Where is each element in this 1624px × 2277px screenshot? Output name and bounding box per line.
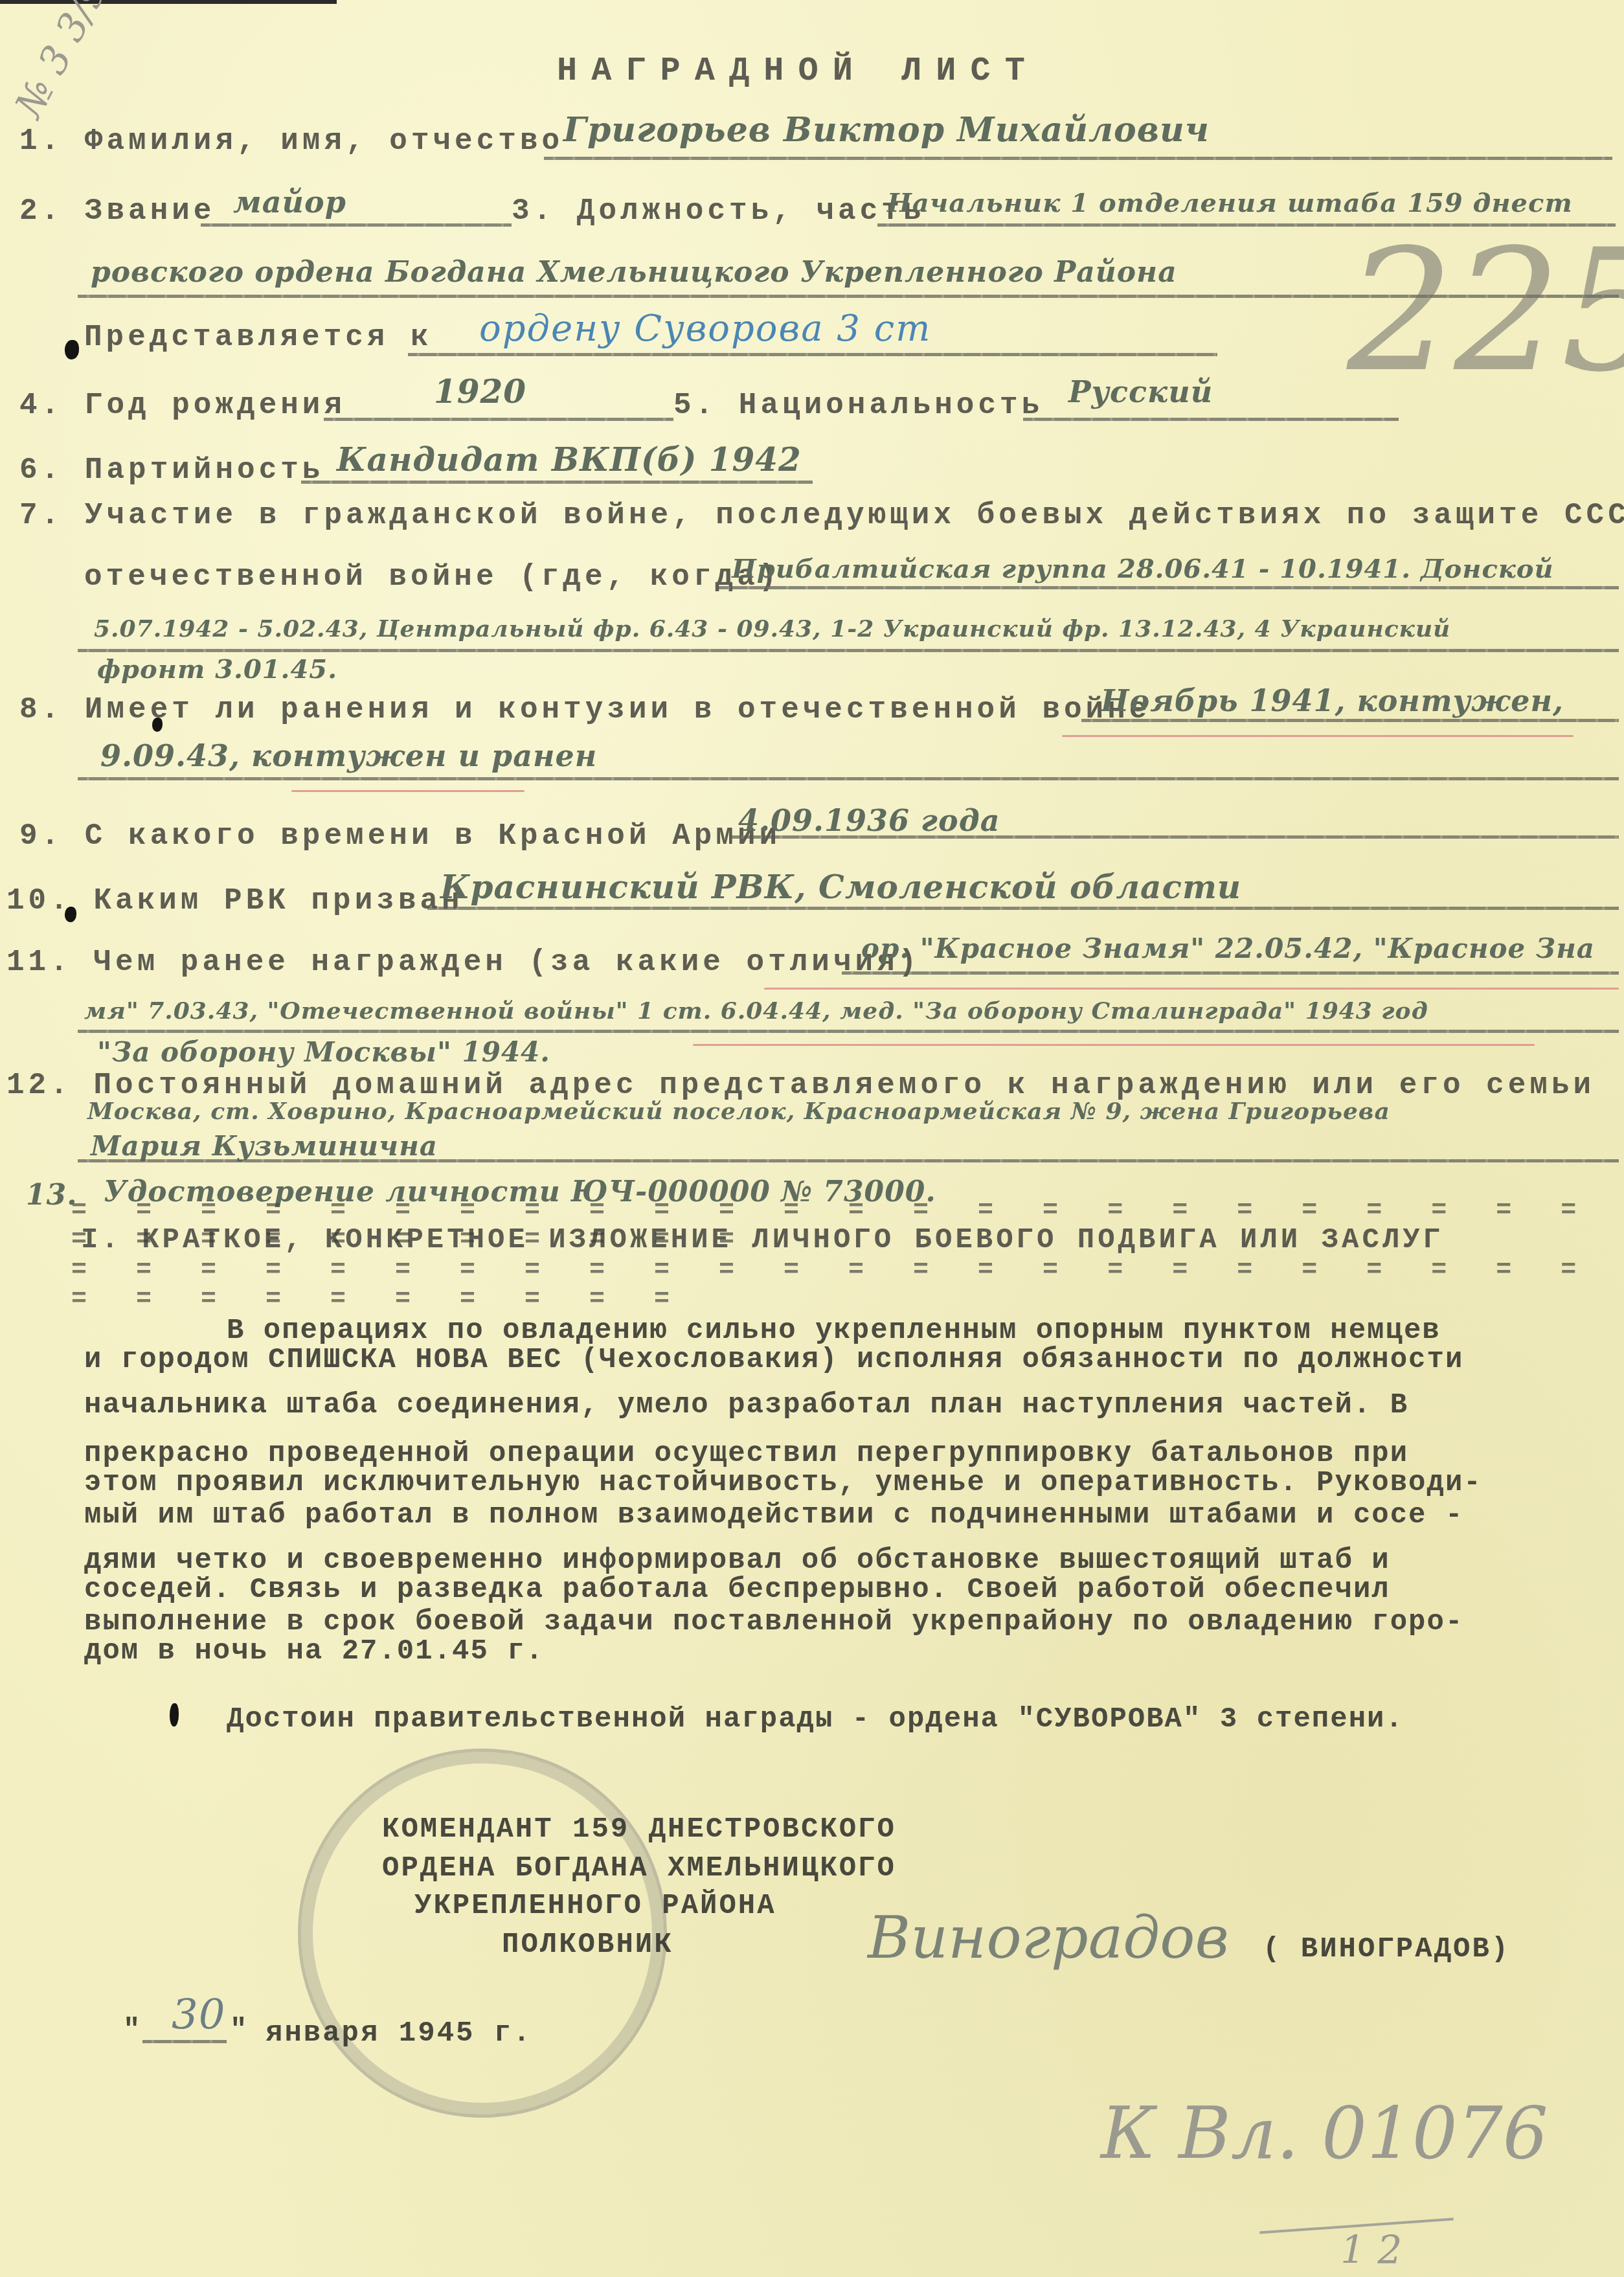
field-8-underline-1	[1081, 719, 1619, 722]
ink-blot	[152, 718, 163, 732]
field-13-label: 13.	[26, 1179, 78, 1212]
scan-edge	[0, 0, 337, 4]
narrative-line: выполнение в срок боевой задачи поставле…	[84, 1606, 1463, 1638]
section-divider-bottom: = = = = = = = = = = = = = = = = = = = = …	[71, 1256, 1624, 1315]
field-9-label: 9. С какого времени в Красной Армии	[19, 819, 781, 853]
signature-line-2: ОРДЕНА БОГДАНА ХМЕЛЬНИЦКОГО	[382, 1852, 896, 1885]
signature-line-3: УКРЕПЛЕННОГО РАЙОНА	[414, 1890, 776, 1922]
field-11-value-line3: "За оборону Москвы" 1944.	[97, 1036, 550, 1068]
presented-to-label: Представляется к	[84, 321, 433, 354]
field-6-label: 6. Партийность	[19, 453, 324, 487]
signature-line-1: КОМЕНДАНТ 159 ДНЕСТРОВСКОГО	[382, 1813, 896, 1846]
section-heading: I. КРАТКОЕ, КОНКРЕТНОЕ ИЗЛОЖЕНИЕ ЛИЧНОГО…	[81, 1224, 1443, 1256]
field-12-value-line2: Мария Кузьминична	[91, 1130, 438, 1162]
narrative-line: этом проявил исключительную настойчивост…	[84, 1467, 1482, 1499]
field-8-value-line2: 9.09.43, контужен и ранен	[100, 738, 597, 773]
field-7-underline-1	[719, 586, 1619, 589]
field-2-label: 2. Звание	[19, 194, 215, 228]
field-2-underline	[201, 223, 512, 227]
archive-sub-number: 1 2	[1340, 2228, 1402, 2273]
date-close-quote: "	[230, 2014, 249, 2046]
narrative-line: В операциях по овладению сильно укреплен…	[227, 1315, 1441, 1347]
field-4-value: 1920	[434, 372, 526, 411]
field-7-label-line2: отечественной войне (где, когда)	[84, 560, 780, 594]
narrative-line: и городом СПИШСКА НОВА ВЕС (Чехословакия…	[84, 1344, 1463, 1376]
red-pencil-mark	[764, 988, 1619, 990]
field-7-value-line1: Прибалтийская группа 28.06.41 - 10.1941.…	[732, 554, 1554, 584]
narrative-line: дом в ночь на 27.01.45 г.	[84, 1635, 544, 1668]
field-5-value: Русский	[1068, 374, 1213, 409]
date-rest: января 1945 г.	[265, 2017, 532, 2050]
presented-to-value: ордену Суворова 3 ст	[479, 308, 931, 350]
field-4-label: 4. Год рождения	[19, 389, 346, 422]
field-9-underline	[732, 835, 1619, 839]
red-pencil-mark	[291, 790, 524, 792]
presented-to-underline	[408, 353, 1217, 356]
field-10-underline	[427, 907, 1619, 910]
margin-big-number: 225	[1347, 214, 1624, 409]
field-4-underline	[324, 418, 673, 421]
field-1-value: Григорьев Виктор Михайлович	[563, 110, 1210, 150]
red-pencil-mark	[693, 1044, 1535, 1046]
ink-blot	[170, 1703, 179, 1727]
narrative-line: дями четко и своевременно информировал о…	[84, 1545, 1390, 1577]
field-5-label: 5. Национальность	[673, 389, 1043, 422]
date-day: 30	[172, 1991, 225, 2039]
field-11-value-line1: ор. "Красное Знамя" 22.05.42, "Красное З…	[861, 933, 1595, 964]
field-8-label: 8. Имеет ли ранения и контузии в отечест…	[19, 693, 1151, 727]
handwritten-signature: Виноградов	[868, 1904, 1229, 1972]
field-2-value: майор	[233, 185, 346, 220]
field-1-underline	[544, 157, 1612, 160]
field-8-underline-2	[78, 777, 1619, 780]
narrative-line: начальника штаба соединения, умело разра…	[84, 1389, 1408, 1422]
archive-reference: К Вл. 01076	[1101, 2092, 1548, 2175]
date-day-underline	[142, 2040, 227, 2043]
field-9-value: 4.09.1936 года	[738, 803, 1000, 838]
field-11-underline-2	[78, 1030, 1619, 1033]
ink-blot	[65, 340, 79, 359]
ink-blot	[65, 907, 76, 922]
field-5-underline	[1023, 418, 1399, 421]
field-7-value-line2: 5.07.1942 - 5.02.43, Центральный фр. 6.4…	[94, 615, 1450, 642]
signature-line-4: ПОЛКОВНИК	[502, 1929, 673, 1961]
date-open-quote: "	[123, 2014, 142, 2046]
narrative-line: прекрасно проведенной операции осуществи…	[84, 1438, 1408, 1470]
award-conclusion: Достоин правительственной награды - орде…	[227, 1703, 1404, 1736]
field-11-label: 11. Чем ранее награжден (за какие отличи…	[6, 946, 920, 979]
field-3-label: 3. Должность, часть	[512, 194, 925, 228]
field-11-value-line2: мя" 7.03.43, "Отечественной войны" 1 ст.…	[84, 997, 1428, 1025]
field-3-value-line2: ровского ордена Богдана Хмельницкого Укр…	[91, 256, 1177, 289]
field-7-value-line3: фронт 3.01.45.	[97, 654, 337, 685]
corner-archive-note: № 3 3/9	[6, 0, 117, 125]
narrative-line: мый им штаб работал в полном взаимодейст…	[84, 1499, 1463, 1532]
field-12-value-line1: Москва, ст. Ховрино, Красноармейский пос…	[87, 1098, 1390, 1125]
field-12-underline	[78, 1159, 1619, 1162]
field-11-underline-1	[842, 971, 1619, 975]
narrative-line: соседей. Связь и разведка работала беспр…	[84, 1574, 1390, 1606]
document-title: НАГРАДНОЙ ЛИСТ	[557, 52, 1039, 90]
field-6-value: Кандидат ВКП(б) 1942	[337, 440, 802, 479]
field-10-value: Краснинский РВК, Смоленской области	[440, 868, 1241, 906]
field-8-value-line1: Ноябрь 1941, контужен,	[1101, 683, 1564, 718]
red-pencil-mark	[1062, 735, 1573, 737]
field-7-label-line1: 7. Участие в гражданской войне, последую…	[19, 499, 1624, 532]
signer-name: ( ВИНОГРАДОВ)	[1263, 1933, 1510, 1965]
field-6-underline	[301, 481, 813, 484]
field-1-label: 1. Фамилия, имя, отчество	[19, 124, 563, 158]
field-7-underline-2	[78, 649, 1619, 652]
